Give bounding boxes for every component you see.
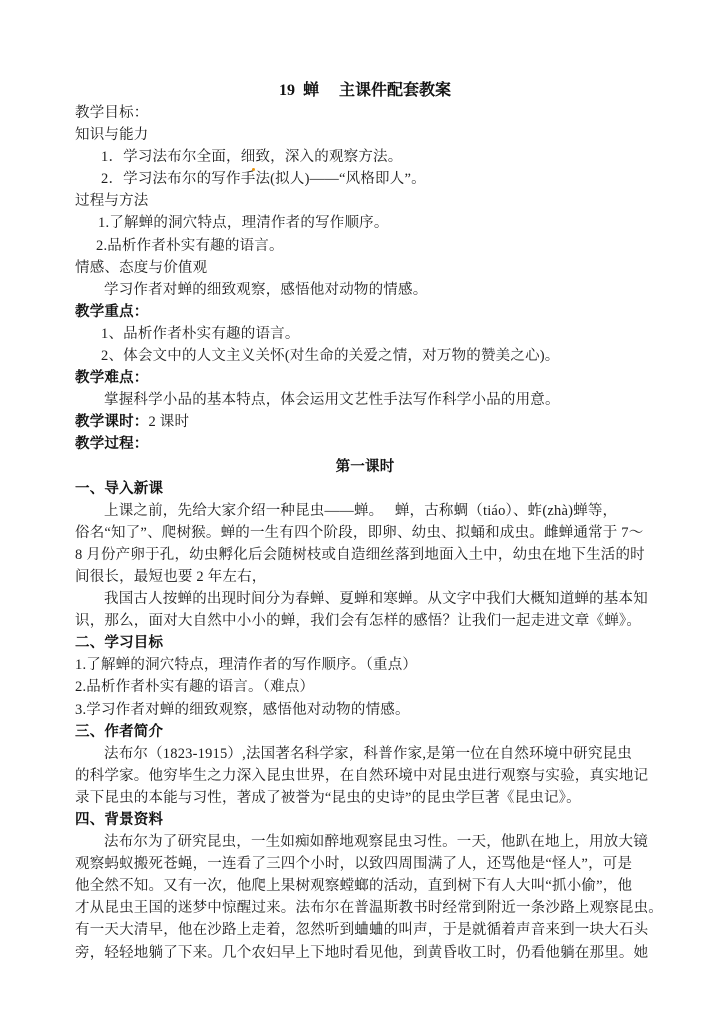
spellcheck-dot [252,168,255,171]
text-line: 我国古人按蝉的出现时间分为春蝉、夏蝉和寒蝉。从文字中我们大概知道蝉的基本知 [75,588,655,610]
text-line: 俗名“知了”、爬树猴。蝉的一生有四个阶段，即卵、幼虫、拟蛹和成虫。雌蝉通常于 7… [75,522,655,544]
text-line: 1.了解蝉的洞穴特点，理清作者的写作顺序。 [75,212,655,234]
text-run: 教学课时： [75,414,149,430]
text-line: 教学课时：2 课时 [75,411,655,433]
text-line: 法布尔（1823-1915）,法国著名科学家，科普作家,是第一位在自然环境中研究… [75,743,655,765]
text-line: 他全然不知。又有一次，他爬上果树观察螳螂的活动，直到树下有人大叫“抓小偷”，他 [75,875,655,897]
text-line: 3.学习作者对蝉的细致观察，感悟他对动物的情感。 [75,699,655,721]
text-line: 四、背景资料 [75,809,655,831]
text-line: 8 月份产卵于孔，幼虫孵化后会随树枝或自造细丝落到地面入土中，幼虫在地下生活的时 [75,544,655,566]
text-line: 1、品析作者朴实有趣的语言。 [75,323,655,345]
text-line: 的科学家。他穷毕生之力深入昆虫世界，在自然环境中对昆虫进行观察与实验，真实地记 [75,765,655,787]
text-line: 2.品析作者朴实有趣的语言。 [75,235,655,257]
text-line: 教学过程： [75,433,655,455]
text-run: 2 课时 [149,414,190,430]
text-line: 有一天大清早，他在沙路上走着，忽然听到蛐蛐的叫声，于是就循着声音来到一块大石头 [75,919,655,941]
text-line: 2.品析作者朴实有趣的语言。（难点） [75,676,655,698]
text-line: 观察蚂蚁搬死苍蝇，一连看了三四个小时，以致四周围满了人，还骂他是“怪人”，可是 [75,853,655,875]
text-line: 上课之前，先给大家介绍一种昆虫——蝉。 蝉，古称蜩（tiáo）、蚱(zhà)蝉等… [75,500,655,522]
document-title: 19 蝉 主课件配套教案 [75,79,655,102]
text-line: 三、作者简介 [75,721,655,743]
text-line: 二、学习目标 [75,632,655,654]
text-line: 情感、态度与价值观 [75,257,655,279]
text-line: 旁，轻轻地躺了下来。几个农妇早上下地时看见他，到黄昏收工时，仍看他躺在那里。她 [75,942,655,964]
text-line: 学习作者对蝉的细致观察，感悟他对动物的情感。 [75,279,655,301]
text-line: 过程与方法 [75,190,655,212]
text-line: 间很长，最短也要 2 年左右， [75,566,655,588]
text-line: 一、导入新课 [75,478,655,500]
text-line: 教学难点： [75,367,655,389]
text-line: 录下昆虫的本能与习性，著成了被誉为“昆虫的史诗”的昆虫学巨著《昆虫记》。 [75,787,655,809]
text-line: 2、体会文中的人文主义关怀(对生命的关爱之情，对万物的赞美之心)。 [75,345,655,367]
text-line: 知识与能力 [75,124,655,146]
text-line: 1.了解蝉的洞穴特点，理清作者的写作顺序。（重点） [75,654,655,676]
document-page: 19 蝉 主课件配套教案 教学目标：知识与能力1．学习法布尔全面，细致，深入的观… [0,0,725,1024]
text-line: 2．学习法布尔的写作手法(拟人)——“风格即人”。 [75,168,655,190]
text-line: 1．学习法布尔全面，细致，深入的观察方法。 [75,146,655,168]
text-line: 识，那么，面对大自然中小小的蝉，我们会有怎样的感悟？让我们一起走进文章《蝉》。 [75,610,655,632]
text-line: 才从昆虫王国的迷梦中惊醒过来。法布尔在普温斯教书时经常到附近一条沙路上观察昆虫。 [75,897,655,919]
document-body: 教学目标：知识与能力1．学习法布尔全面，细致，深入的观察方法。2．学习法布尔的写… [75,102,655,964]
text-line: 教学重点： [75,301,655,323]
text-line: 掌握科学小品的基本特点，体会运用文艺性手法写作科学小品的用意。 [75,389,655,411]
text-line: 教学目标： [75,102,655,124]
text-line: 法布尔为了研究昆虫，一生如痴如醉地观察昆虫习性。一天，他趴在地上，用放大镜 [75,831,655,853]
text-line: 第一课时 [75,456,655,478]
